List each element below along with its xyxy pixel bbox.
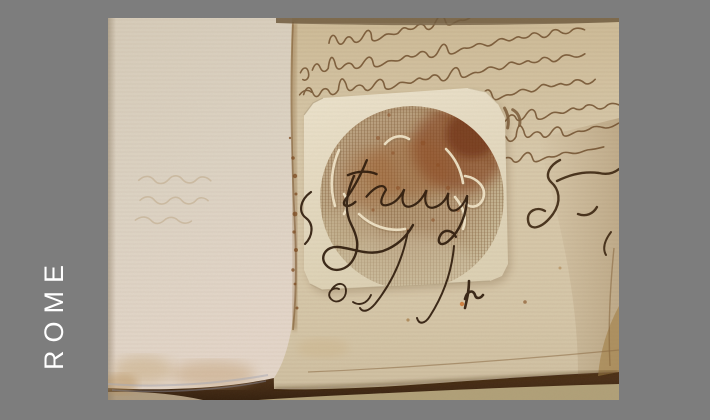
photo-grain: [108, 18, 619, 400]
location-label: ROME: [41, 257, 68, 370]
manuscript-photo-svg: [108, 18, 619, 400]
manuscript-photo: [108, 18, 619, 400]
page-background: ROME: [0, 0, 710, 420]
